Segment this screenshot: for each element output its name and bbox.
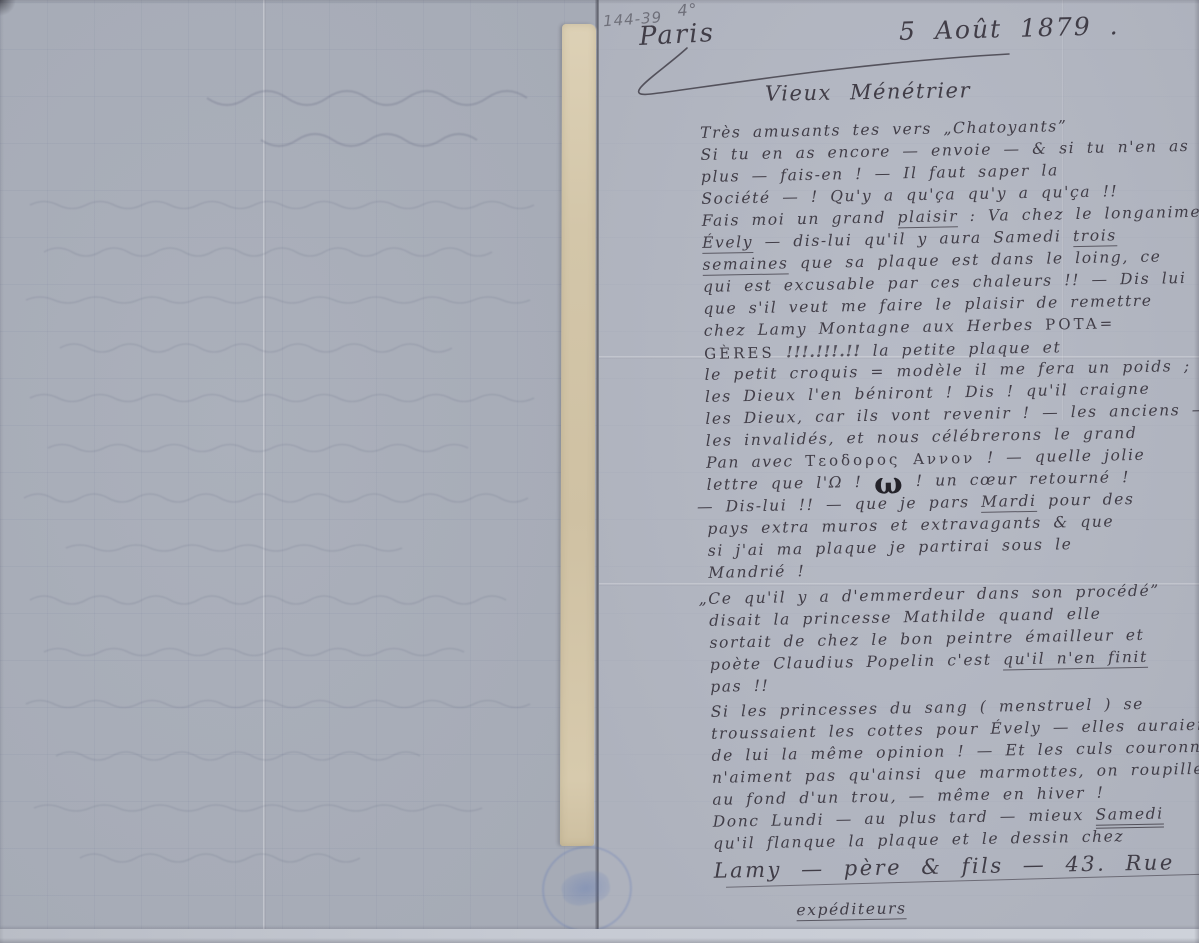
letter-scan: 144-39 4° Paris 5 Août 1879 . Vieux Méné… bbox=[0, 0, 1199, 943]
letter-body: Très amusants tes vers „Chatoyants” Si t… bbox=[696, 115, 1199, 925]
salutation: Vieux Ménétrier bbox=[765, 78, 971, 106]
left-page-blank bbox=[0, 0, 597, 943]
date-line: 5 Août 1879 . bbox=[899, 11, 1120, 46]
ink-showthrough bbox=[0, 0, 597, 943]
place-line: Paris bbox=[638, 18, 715, 52]
format-note: 4° bbox=[677, 0, 698, 20]
letter-line: Lamy — père & fils — 43. Rue bbox=[709, 850, 1199, 891]
tape-strip bbox=[560, 24, 596, 846]
page-bottom-edge bbox=[0, 929, 1199, 943]
letter-line: expéditeurs bbox=[710, 894, 1199, 925]
letter-page: 144-39 4° Paris 5 Août 1879 . Vieux Méné… bbox=[599, 0, 1199, 943]
